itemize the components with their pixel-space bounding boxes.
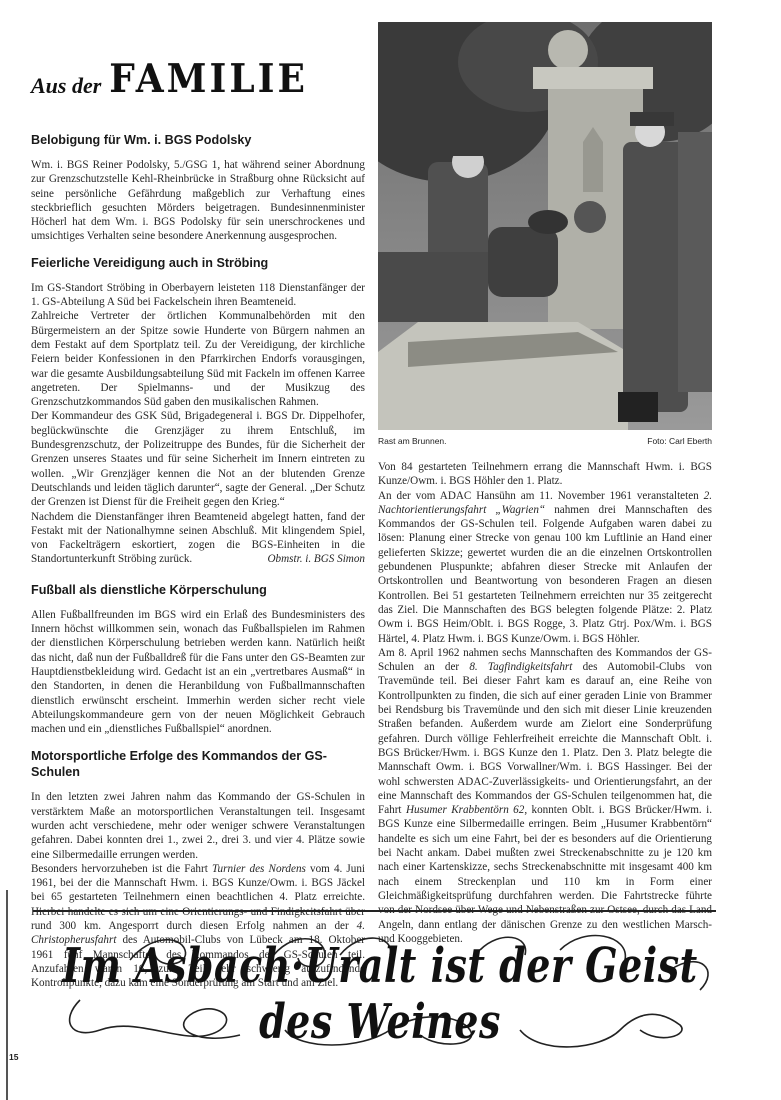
article-heading: Fußball als dienstliche Körperschulung	[31, 582, 365, 598]
advertisement-divider	[33, 910, 716, 912]
article-paragraph: Der Kommandeur des GSK Süd, Brigadegener…	[31, 409, 365, 509]
text-run: des Automobil-Clubs von Travemünde teil.…	[378, 661, 712, 816]
text-run: nahmen drei Mannschaften des Kommandos d…	[378, 504, 712, 645]
article-fussball: Fußball als dienstliche Körperschulung A…	[31, 582, 365, 737]
right-column: Rast am Brunnen. Foto: Carl Eberth Von 8…	[378, 22, 712, 946]
event-name: Turnier des Nordens	[212, 863, 306, 875]
event-name: Husumer Krabbentörn 62	[406, 804, 524, 816]
article-motorsport-continued: Von 84 gestarteten Teilnehmern errang di…	[378, 460, 712, 946]
article-paragraph: Von 84 gestarteten Teilnehmern errang di…	[378, 460, 712, 489]
photo-credit: Foto: Carl Eberth	[647, 436, 712, 448]
page-edge-line	[6, 890, 8, 1100]
text-run: , konnten Oblt. i. BGS Brücker/Hwm. i. B…	[378, 804, 712, 945]
article-heading: Feierliche Vereidigung auch in Ströbing	[31, 255, 365, 271]
article-paragraph: Am 8. April 1962 nahmen sechs Mannschaft…	[378, 646, 712, 946]
article-heading: Belobigung für Wm. i. BGS Podolsky	[31, 132, 365, 148]
author-signature: Obmstr. i. BGS Simon	[268, 552, 366, 566]
photo-caption-row: Rast am Brunnen. Foto: Carl Eberth	[378, 436, 712, 448]
article-paragraph: Nachdem die Dienstanfänger ihren Beamten…	[31, 510, 365, 567]
article-belobigung: Belobigung für Wm. i. BGS Podolsky Wm. i…	[31, 132, 365, 244]
article-paragraph: Wm. i. BGS Reiner Podolsky, 5./GSG 1, ha…	[31, 158, 365, 244]
article-heading: Motorsportliche Erfolge des Kommandos de…	[31, 748, 365, 780]
left-column: Aus der FAMILIE Belobigung für Wm. i. BG…	[31, 60, 365, 1005]
photo-image	[378, 22, 712, 430]
text-run: Besonders hervorzuheben ist die Fahrt	[31, 863, 212, 875]
article-paragraph: In den letzten zwei Jahren nahm das Komm…	[31, 790, 365, 861]
article-vereidigung: Feierliche Vereidigung auch in Ströbing …	[31, 255, 365, 567]
advertisement-slogan: Im Asbach·Uralt ist der Geist des Weines	[40, 937, 720, 1050]
page-number: 15	[9, 1052, 18, 1062]
masthead-title: FAMILIE	[109, 56, 308, 102]
photo-fountain-soldiers	[378, 22, 712, 430]
article-paragraph: Zahlreiche Vertreter der örtlichen Kommu…	[31, 309, 365, 409]
article-paragraph: Allen Fußballfreunden im BGS wird ein Er…	[31, 608, 365, 737]
masthead: Aus der FAMILIE	[31, 60, 365, 102]
masthead-prefix: Aus der	[31, 73, 101, 99]
photo-caption: Rast am Brunnen.	[378, 436, 447, 448]
article-paragraph: An der vom ADAC Hansühn am 11. November …	[378, 489, 712, 646]
event-name: 8. Tagfindigkeitsfahrt	[469, 661, 572, 673]
advertisement-asbach: Im Asbach·Uralt ist der Geist des Weines	[40, 930, 720, 1050]
text-run: An der vom ADAC Hansühn am 11. November …	[378, 490, 704, 502]
article-paragraph: Im GS-Standort Ströbing in Oberbayern le…	[31, 281, 365, 310]
